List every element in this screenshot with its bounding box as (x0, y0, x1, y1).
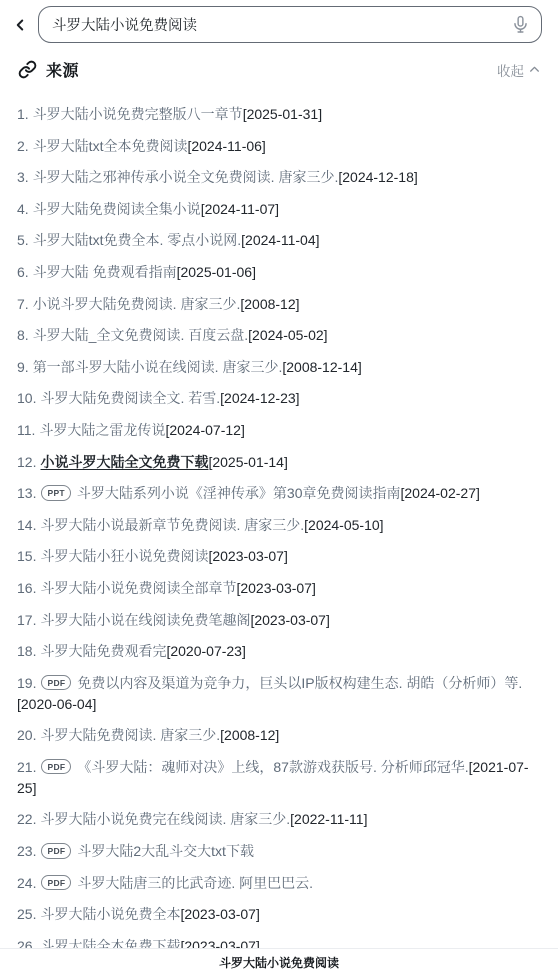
source-item-number: 4. (17, 201, 29, 217)
source-list-item[interactable]: 24.PDF斗罗大陆唐三的比武奇迹. 阿里巴巴云. (17, 873, 541, 894)
source-item-title[interactable]: 斗罗大陆之邪神传承小说全文免费阅读. 唐家三少. (33, 169, 339, 185)
source-list-item[interactable]: 4.斗罗大陆免费阅读全集小说[2024-11-07] (17, 199, 541, 220)
source-item-title[interactable]: 《斗罗大陆：魂师对决》上线，87款游戏获版号. 分析师邱冠华. (77, 759, 468, 775)
source-item-number: 11. (17, 422, 35, 438)
source-item-title[interactable]: 斗罗大陆小说免费完整版八一章节 (33, 106, 243, 122)
file-type-badge: PDF (41, 843, 71, 859)
source-item-date: [2024-11-06] (187, 138, 265, 154)
source-item-title[interactable]: 斗罗大陆txt全本免费阅读 (33, 138, 188, 154)
source-list-item[interactable]: 14.斗罗大陆小说最新章节免费阅读. 唐家三少.[2024-05-10] (17, 515, 541, 536)
source-list-item[interactable]: 1.斗罗大陆小说免费完整版八一章节[2025-01-31] (17, 104, 541, 125)
source-item-number: 10. (17, 390, 36, 406)
source-list-item[interactable]: 23.PDF斗罗大陆2大乱斗交大txt下载 (17, 841, 541, 862)
source-item-number: 13. (17, 485, 36, 501)
source-item-number: 15. (17, 548, 36, 564)
bottom-query-title: 斗罗大陆小说免费阅读 (219, 950, 339, 971)
source-item-date: [2024-05-02] (248, 327, 327, 343)
source-item-title[interactable]: 斗罗大陆 免费观看指南 (33, 264, 177, 280)
file-type-badge: PDF (41, 759, 71, 775)
source-item-title[interactable]: 斗罗大陆小说在线阅读免费笔趣阁 (40, 612, 250, 628)
source-item-date: [2025-01-31] (243, 106, 322, 122)
search-input[interactable] (52, 17, 509, 33)
source-list-item[interactable]: 5.斗罗大陆txt免费全本. 零点小说网.[2024-11-04] (17, 230, 541, 251)
source-item-number: 9. (17, 359, 29, 375)
source-list-item[interactable]: 17.斗罗大陆小说在线阅读免费笔趣阁[2023-03-07] (17, 610, 541, 631)
source-item-title[interactable]: 斗罗大陆系列小说《淫神传承》第30章免费阅读指南 (77, 485, 401, 501)
source-list-item[interactable]: 13.PPT斗罗大陆系列小说《淫神传承》第30章免费阅读指南[2024-02-2… (17, 483, 541, 504)
file-type-badge: PDF (41, 675, 71, 691)
chevron-up-icon (528, 63, 541, 76)
source-item-number: 24. (17, 875, 36, 891)
source-list-item[interactable]: 21.PDF《斗罗大陆：魂师对决》上线，87款游戏获版号. 分析师邱冠华.[20… (17, 757, 541, 799)
microphone-icon[interactable] (509, 14, 531, 36)
source-item-date: [2023-03-07] (250, 612, 329, 628)
source-item-date: [2020-07-23] (166, 643, 245, 659)
source-item-date: [2008-12] (240, 296, 299, 312)
source-item-title[interactable]: 斗罗大陆免费观看完 (40, 643, 166, 659)
source-list-item[interactable]: 19.PDF免费以内容及渠道为竞争力，巨头以IP版权构建生态. 胡皓（分析师）等… (17, 673, 541, 715)
source-list-item[interactable]: 2.斗罗大陆txt全本免费阅读[2024-11-06] (17, 136, 541, 157)
source-item-title[interactable]: 斗罗大陆小说最新章节免费阅读. 唐家三少. (40, 517, 304, 533)
source-item-date: [2024-12-23] (220, 390, 299, 406)
source-item-title[interactable]: 斗罗大陆免费阅读. 唐家三少. (40, 727, 220, 743)
file-type-badge: PPT (41, 485, 70, 501)
source-item-title[interactable]: 第一部斗罗大陆小说在线阅读. 唐家三少. (33, 359, 283, 375)
source-list-item[interactable]: 10.斗罗大陆免费阅读全文. 若雪.[2024-12-23] (17, 388, 541, 409)
source-item-number: 18. (17, 643, 36, 659)
chevron-left-icon (11, 16, 29, 34)
source-item-number: 7. (17, 296, 29, 312)
source-item-number: 19. (17, 675, 36, 691)
source-item-date: [2024-02-27] (400, 485, 479, 501)
source-item-title[interactable]: 小说斗罗大陆免费阅读. 唐家三少. (33, 296, 241, 312)
source-item-date: [2020-06-04] (17, 696, 96, 712)
source-item-date: [2024-11-07] (201, 201, 279, 217)
source-item-title[interactable]: 斗罗大陆小狂小说免费阅读 (40, 548, 208, 564)
source-item-number: 16. (17, 580, 36, 596)
source-item-title[interactable]: 斗罗大陆免费阅读全文. 若雪. (40, 390, 220, 406)
source-list-item[interactable]: 16.斗罗大陆小说免费阅读全部章节[2023-03-07] (17, 578, 541, 599)
source-item-number: 23. (17, 843, 36, 859)
source-list-item[interactable]: 12.小说斗罗大陆全文免费下载[2025-01-14] (17, 452, 541, 473)
source-item-date: [2023-03-07] (236, 580, 315, 596)
source-item-date: [2023-03-07] (208, 548, 287, 564)
source-item-number: 3. (17, 169, 29, 185)
source-item-date: [2008-12] (220, 727, 279, 743)
search-header (0, 0, 558, 43)
source-item-date: [2025-01-14] (208, 454, 287, 470)
source-item-number: 12. (17, 454, 36, 470)
source-item-date: [2024-12-18] (338, 169, 417, 185)
source-item-date: [2008-12-14] (282, 359, 361, 375)
source-item-number: 20. (17, 727, 36, 743)
source-list-item[interactable]: 3.斗罗大陆之邪神传承小说全文免费阅读. 唐家三少.[2024-12-18] (17, 167, 541, 188)
source-list-item[interactable]: 20.斗罗大陆免费阅读. 唐家三少.[2008-12] (17, 725, 541, 746)
source-item-number: 14. (17, 517, 36, 533)
source-list-item[interactable]: 9.第一部斗罗大陆小说在线阅读. 唐家三少.[2008-12-14] (17, 357, 541, 378)
source-item-date: [2022-11-11] (290, 811, 367, 827)
source-item-number: 6. (17, 264, 29, 280)
collapse-label: 收起 (497, 60, 524, 80)
source-list-item[interactable]: 6.斗罗大陆 免费观看指南[2025-01-06] (17, 262, 541, 283)
source-item-date: [2024-07-12] (165, 422, 244, 438)
source-list-item[interactable]: 18.斗罗大陆免费观看完[2020-07-23] (17, 641, 541, 662)
source-list-item[interactable]: 11.斗罗大陆之雷龙传说[2024-07-12] (17, 420, 541, 441)
source-item-title[interactable]: 斗罗大陆2大乱斗交大txt下载 (77, 843, 254, 859)
source-item-number: 25. (17, 906, 36, 922)
source-item-date: [2023-03-07] (180, 906, 259, 922)
source-item-title[interactable]: 斗罗大陆小说免费阅读全部章节 (40, 580, 236, 596)
source-item-title[interactable]: 斗罗大陆之雷龙传说 (39, 422, 165, 438)
source-item-date: [2025-01-06] (177, 264, 256, 280)
source-list-item[interactable]: 7.小说斗罗大陆免费阅读. 唐家三少.[2008-12] (17, 294, 541, 315)
collapse-sources-button[interactable]: 收起 (497, 60, 541, 80)
source-list-item[interactable]: 15.斗罗大陆小狂小说免费阅读[2023-03-07] (17, 546, 541, 567)
source-item-title[interactable]: 斗罗大陆免费阅读全集小说 (33, 201, 201, 217)
source-item-number: 5. (17, 232, 29, 248)
bottom-query-bar[interactable]: 斗罗大陆小说免费阅读 (0, 948, 558, 971)
source-item-title[interactable]: 斗罗大陆小说免费完在线阅读. 唐家三少. (40, 811, 290, 827)
source-list-item[interactable]: 8.斗罗大陆_全文免费阅读. 百度云盘.[2024-05-02] (17, 325, 541, 346)
source-item-number: 1. (17, 106, 29, 122)
sources-section-title: 来源 (46, 58, 79, 81)
sources-header: 来源 收起 (0, 58, 558, 81)
source-item-number: 8. (17, 327, 29, 343)
source-item-title[interactable]: 斗罗大陆_全文免费阅读. 百度云盘. (33, 327, 248, 343)
back-button[interactable] (6, 11, 34, 39)
source-item-title[interactable]: 免费以内容及渠道为竞争力，巨头以IP版权构建生态. 胡皓（分析师）等. (77, 675, 522, 691)
source-item-title[interactable]: 斗罗大陆唐三的比武奇迹. 阿里巴巴云. (77, 875, 313, 891)
link-icon (18, 60, 37, 79)
source-item-title[interactable]: 斗罗大陆小说免费全本 (40, 906, 180, 922)
source-item-number: 17. (17, 612, 36, 628)
source-item-date: [2024-05-10] (304, 517, 383, 533)
source-item-date: [2024-11-04] (241, 232, 319, 248)
source-item-title[interactable]: 斗罗大陆txt免费全本. 零点小说网. (33, 232, 241, 248)
sources-list: 1.斗罗大陆小说免费完整版八一章节[2025-01-31] 2.斗罗大陆txt全… (0, 104, 558, 957)
source-item-title[interactable]: 小说斗罗大陆全文免费下载 (40, 454, 208, 470)
source-item-number: 2. (17, 138, 29, 154)
source-list-item[interactable]: 25.斗罗大陆小说免费全本[2023-03-07] (17, 904, 541, 925)
source-item-number: 22. (17, 811, 36, 827)
file-type-badge: PDF (41, 875, 71, 891)
search-box[interactable] (38, 6, 542, 43)
source-item-number: 21. (17, 759, 36, 775)
source-list-item[interactable]: 22.斗罗大陆小说免费完在线阅读. 唐家三少.[2022-11-11] (17, 809, 541, 830)
